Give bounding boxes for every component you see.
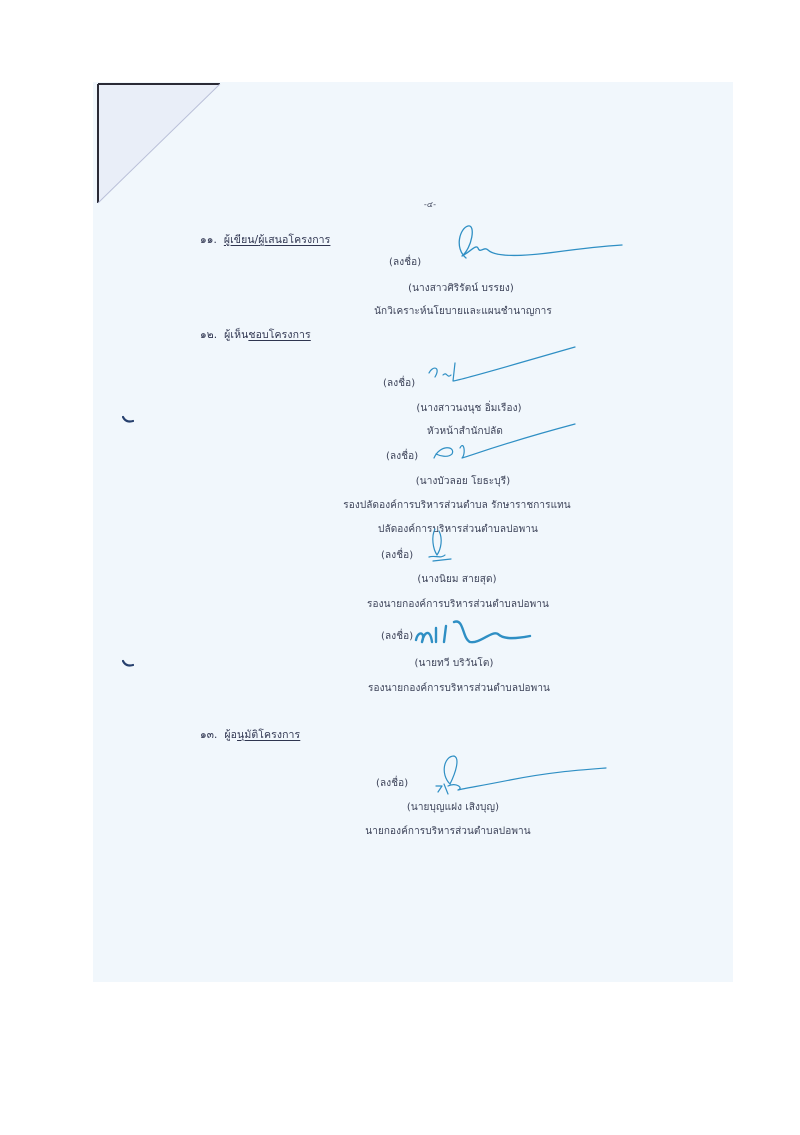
- signatory-position: รองนายกองค์การบริหารส่วนตำบลปอพาน: [367, 597, 549, 612]
- sign-label: (ลงชื่อ): [381, 548, 413, 563]
- signature-2: [425, 345, 585, 390]
- signatory-name: (นางนิยม สายสุด): [417, 572, 496, 587]
- sign-label: (ลงชื่อ): [383, 376, 415, 391]
- section-title: ผู้เห็นชอบโครงการ: [224, 329, 311, 341]
- signature-5: [410, 614, 535, 652]
- section-heading-12: ๑๒. ผู้เห็นชอบโครงการ: [200, 326, 311, 343]
- signatory-name: (นางสาวศิริรัตน์ บรรยง): [408, 281, 514, 296]
- sign-label: (ลงชื่อ): [389, 255, 421, 270]
- section-number: ๑๒.: [200, 329, 217, 341]
- signatory-name: (นางบัวลอย โยธะบุรี): [416, 474, 510, 489]
- section-number: ๑๑.: [200, 234, 217, 246]
- punch-hole-mark: [122, 414, 134, 424]
- signature-1: [436, 222, 626, 274]
- signatory-position: รองปลัดองค์การบริหารส่วนตำบล รักษาราชการ…: [343, 498, 570, 513]
- signatory-name: (นายทวี บริวันโต): [415, 656, 494, 671]
- signature-6: [420, 752, 610, 800]
- sign-label: (ลงชื่อ): [376, 776, 408, 791]
- signatory-position: นายกองค์การบริหารส่วนตำบลปอพาน: [365, 824, 530, 839]
- page-number: -๔-: [424, 198, 436, 211]
- section-title: ผู้อนุมัติโครงการ: [224, 729, 300, 741]
- section-heading-13: ๑๓. ผู้อนุมัติโครงการ: [200, 726, 300, 743]
- section-number: ๑๓.: [200, 729, 217, 741]
- signatory-position: นักวิเคราะห์นโยบายและแผนชำนาญการ: [374, 304, 552, 319]
- signatory-name: (นายบุญแฝง เสิงบุญ): [407, 800, 499, 815]
- folded-corner-mark: [97, 83, 222, 205]
- signatory-position: รองนายกองค์การบริหารส่วนตำบลปอพาน: [368, 681, 550, 696]
- sign-label: (ลงชื่อ): [381, 629, 413, 644]
- signature-4: [423, 525, 463, 565]
- sign-label: (ลงชื่อ): [386, 449, 418, 464]
- section-heading-11: ๑๑. ผู้เขียน/ผู้เสนอโครงการ: [200, 231, 330, 248]
- section-title: ผู้เขียน/ผู้เสนอโครงการ: [224, 234, 331, 246]
- signature-3: [430, 420, 580, 465]
- punch-hole-mark: [122, 658, 134, 668]
- signatory-name: (นางสาวนงนุช อิ่มเรือง): [416, 401, 521, 416]
